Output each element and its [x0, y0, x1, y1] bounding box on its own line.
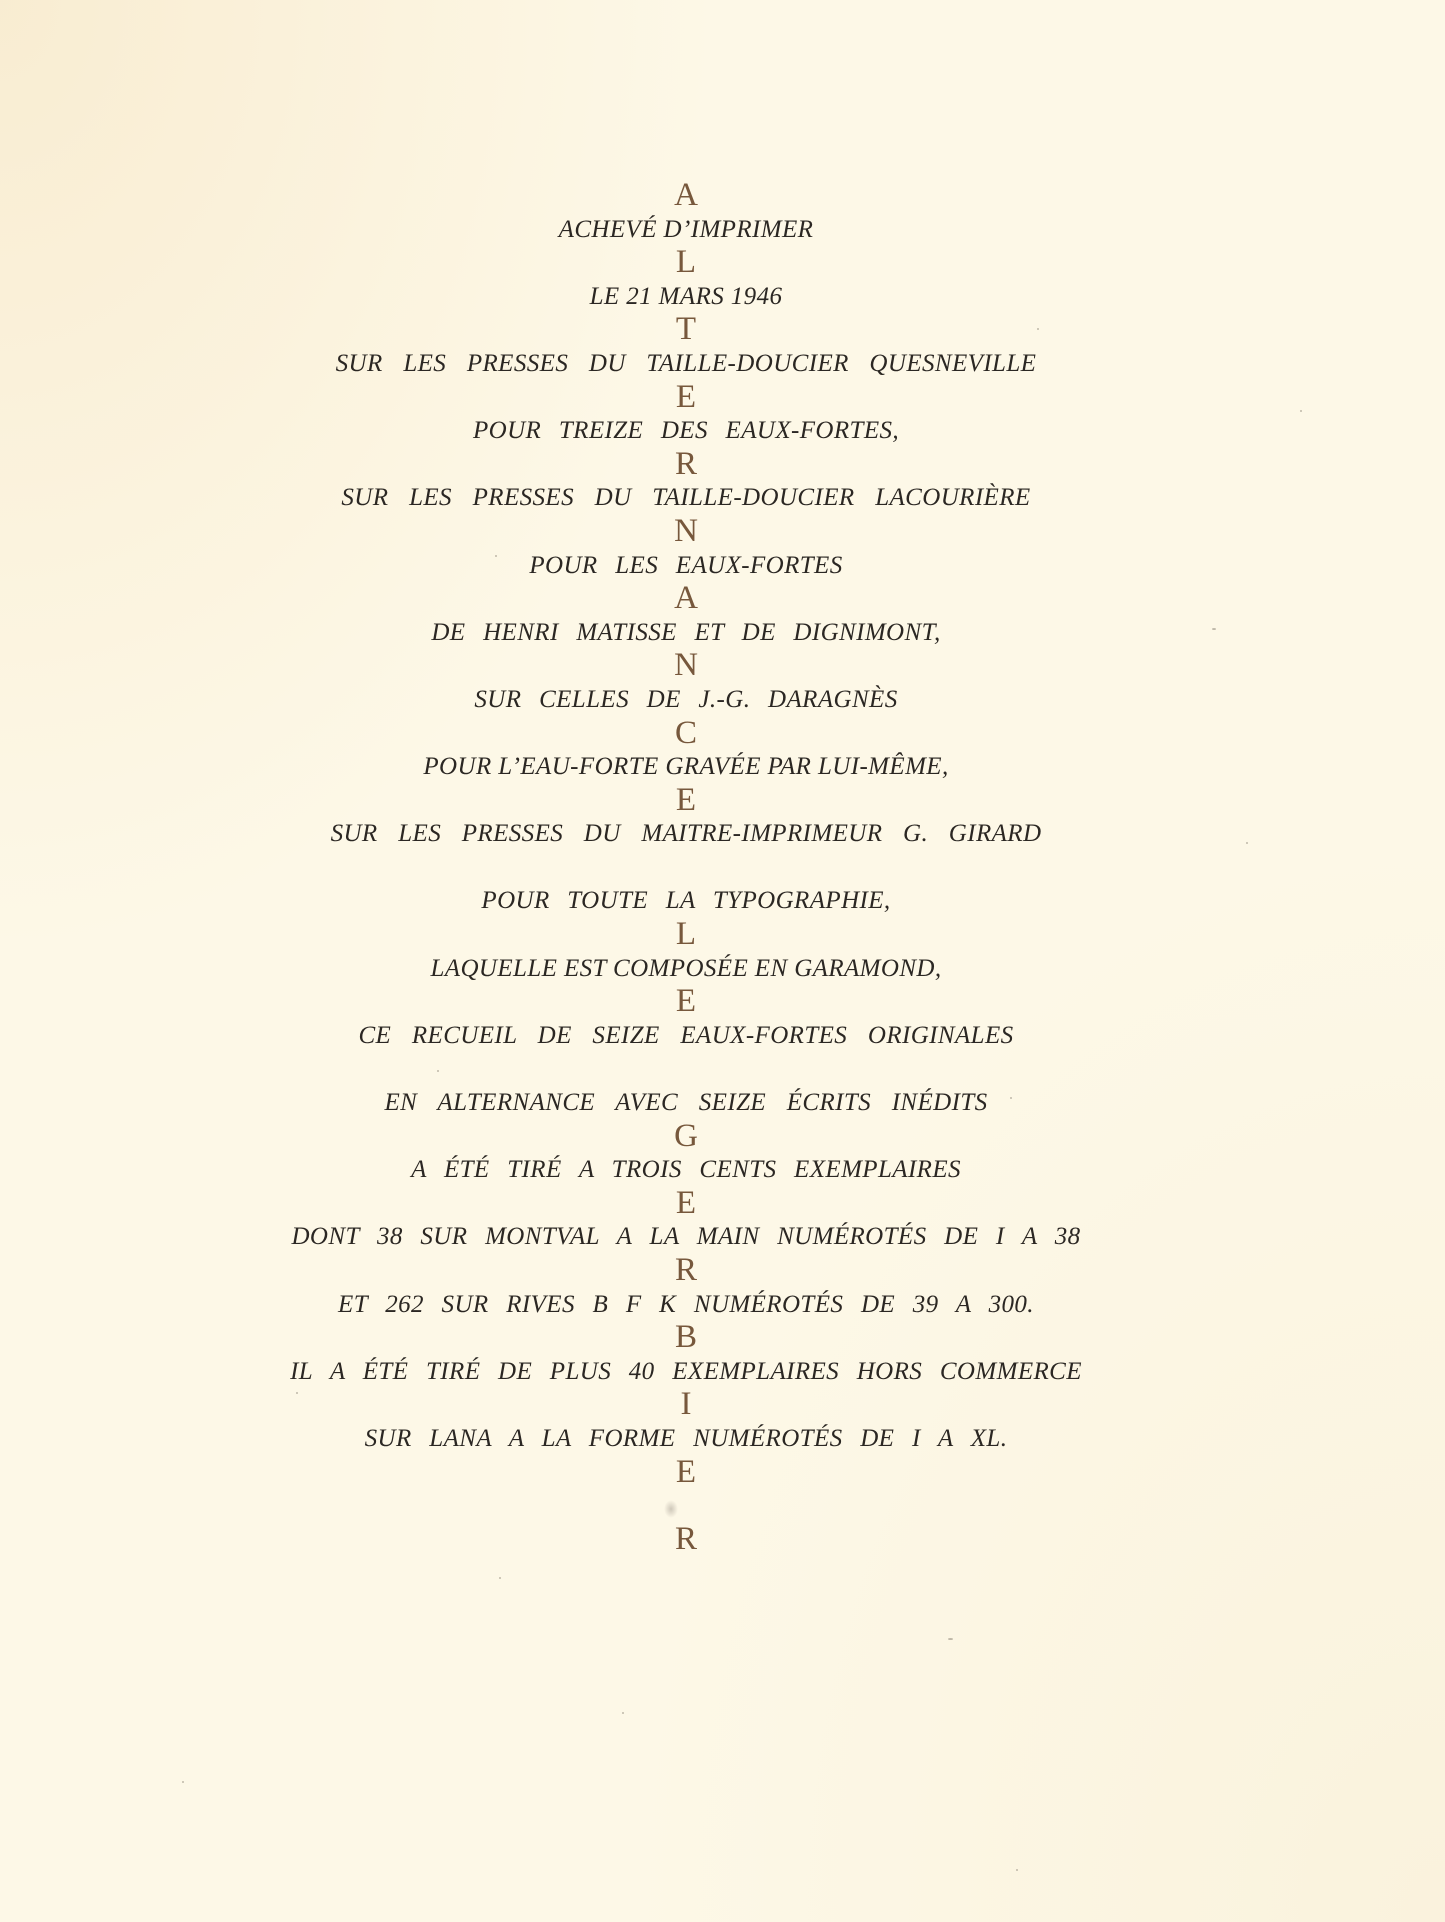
line-recueil: CE RECUEIL DE SEIZE EAUX-FORTES ORIGINAL… — [0, 1019, 1372, 1053]
line-lana: SUR LANA A LA FORME NUMÉROTÉS DE I A XL. — [0, 1422, 1372, 1456]
acrostic-word-space — [0, 1052, 1372, 1086]
paper-speck — [437, 1070, 439, 1072]
paper-speck — [1037, 328, 1039, 330]
line-hors-commerce: IL A ÉTÉ TIRÉ DE PLUS 40 EXEMPLAIRES HOR… — [0, 1355, 1372, 1389]
line-acheve-d-imprimer: ACHEVÉ D’IMPRIMER — [0, 213, 1372, 247]
paper-speck — [1300, 410, 1302, 412]
acrostic-letter-c: C — [0, 717, 1372, 751]
acrostic-letter-l: L — [0, 918, 1372, 952]
paper-speck — [495, 555, 497, 557]
acrostic-letter-r: R — [0, 1523, 1372, 1557]
colophon-text-block: A ACHEVÉ D’IMPRIMER L LE 21 MARS 1946 T … — [0, 179, 1372, 1556]
acrostic-letter-a: A — [0, 179, 1372, 213]
acrostic-letter-e: E — [0, 1456, 1372, 1490]
line-presses-quesneville: SUR LES PRESSES DU TAILLE-DOUCIER QUESNE… — [0, 347, 1372, 381]
line-typographie: POUR TOUTE LA TYPOGRAPHIE, — [0, 884, 1372, 918]
acrostic-letter-e: E — [0, 1187, 1372, 1221]
line-matisse-dignimont: DE HENRI MATISSE ET DE DIGNIMONT, — [0, 616, 1372, 650]
acrostic-word-space — [0, 851, 1372, 885]
acrostic-letter-g: G — [0, 1120, 1372, 1154]
acrostic-letter-e: E — [0, 381, 1372, 415]
line-montval: DONT 38 SUR MONTVAL A LA MAIN NUMÉROTÉS … — [0, 1220, 1372, 1254]
acrostic-letter-e: E — [0, 784, 1372, 818]
paper-speck — [1010, 1097, 1012, 1099]
paper-speck — [622, 1712, 624, 1714]
line-rives-bfk: ET 262 SUR RIVES B F K NUMÉROTÉS DE 39 A… — [0, 1288, 1372, 1322]
paper-speck — [1246, 842, 1248, 844]
acrostic-letter-e: E — [0, 985, 1372, 1019]
line-pour-les-eaux-fortes: POUR LES EAUX-FORTES — [0, 549, 1372, 583]
acrostic-letter-l: L — [0, 246, 1372, 280]
paper-speck — [948, 1638, 953, 1640]
line-date: LE 21 MARS 1946 — [0, 280, 1372, 314]
acrostic-blank — [0, 1489, 1372, 1523]
acrostic-letter-r: R — [0, 1254, 1372, 1288]
line-alternance: EN ALTERNANCE AVEC SEIZE ÉCRITS INÉDITS — [0, 1086, 1372, 1120]
paper-speck — [1016, 1869, 1018, 1871]
acrostic-letter-t: T — [0, 313, 1372, 347]
paper-speck — [182, 1781, 184, 1783]
line-presses-girard: SUR LES PRESSES DU MAITRE-IMPRIMEUR G. G… — [0, 817, 1372, 851]
line-daragnes: SUR CELLES DE J.-G. DARAGNÈS — [0, 683, 1372, 717]
paper-speck — [499, 1577, 501, 1579]
line-presses-lacouriere: SUR LES PRESSES DU TAILLE-DOUCIER LACOUR… — [0, 481, 1372, 515]
colophon-page: A ACHEVÉ D’IMPRIMER L LE 21 MARS 1946 T … — [0, 0, 1445, 1922]
line-treize-eaux-fortes: POUR TREIZE DES EAUX-FORTES, — [0, 414, 1372, 448]
line-eau-forte-gravee: POUR L’EAU-FORTE GRAVÉE PAR LUI-MÊME, — [0, 750, 1372, 784]
line-garamond: LAQUELLE EST COMPOSÉE EN GARAMOND, — [0, 952, 1372, 986]
acrostic-letter-a: A — [0, 582, 1372, 616]
acrostic-letter-n: N — [0, 515, 1372, 549]
acrostic-letter-b: B — [0, 1321, 1372, 1355]
paper-smudge — [664, 1500, 678, 1518]
acrostic-letter-i: I — [0, 1388, 1372, 1422]
paper-speck — [1212, 628, 1216, 630]
paper-speck — [296, 1392, 298, 1394]
acrostic-letter-n: N — [0, 649, 1372, 683]
line-trois-cents-exemplaires: A ÉTÉ TIRÉ A TROIS CENTS EXEMPLAIRES — [0, 1153, 1372, 1187]
acrostic-letter-r: R — [0, 448, 1372, 482]
